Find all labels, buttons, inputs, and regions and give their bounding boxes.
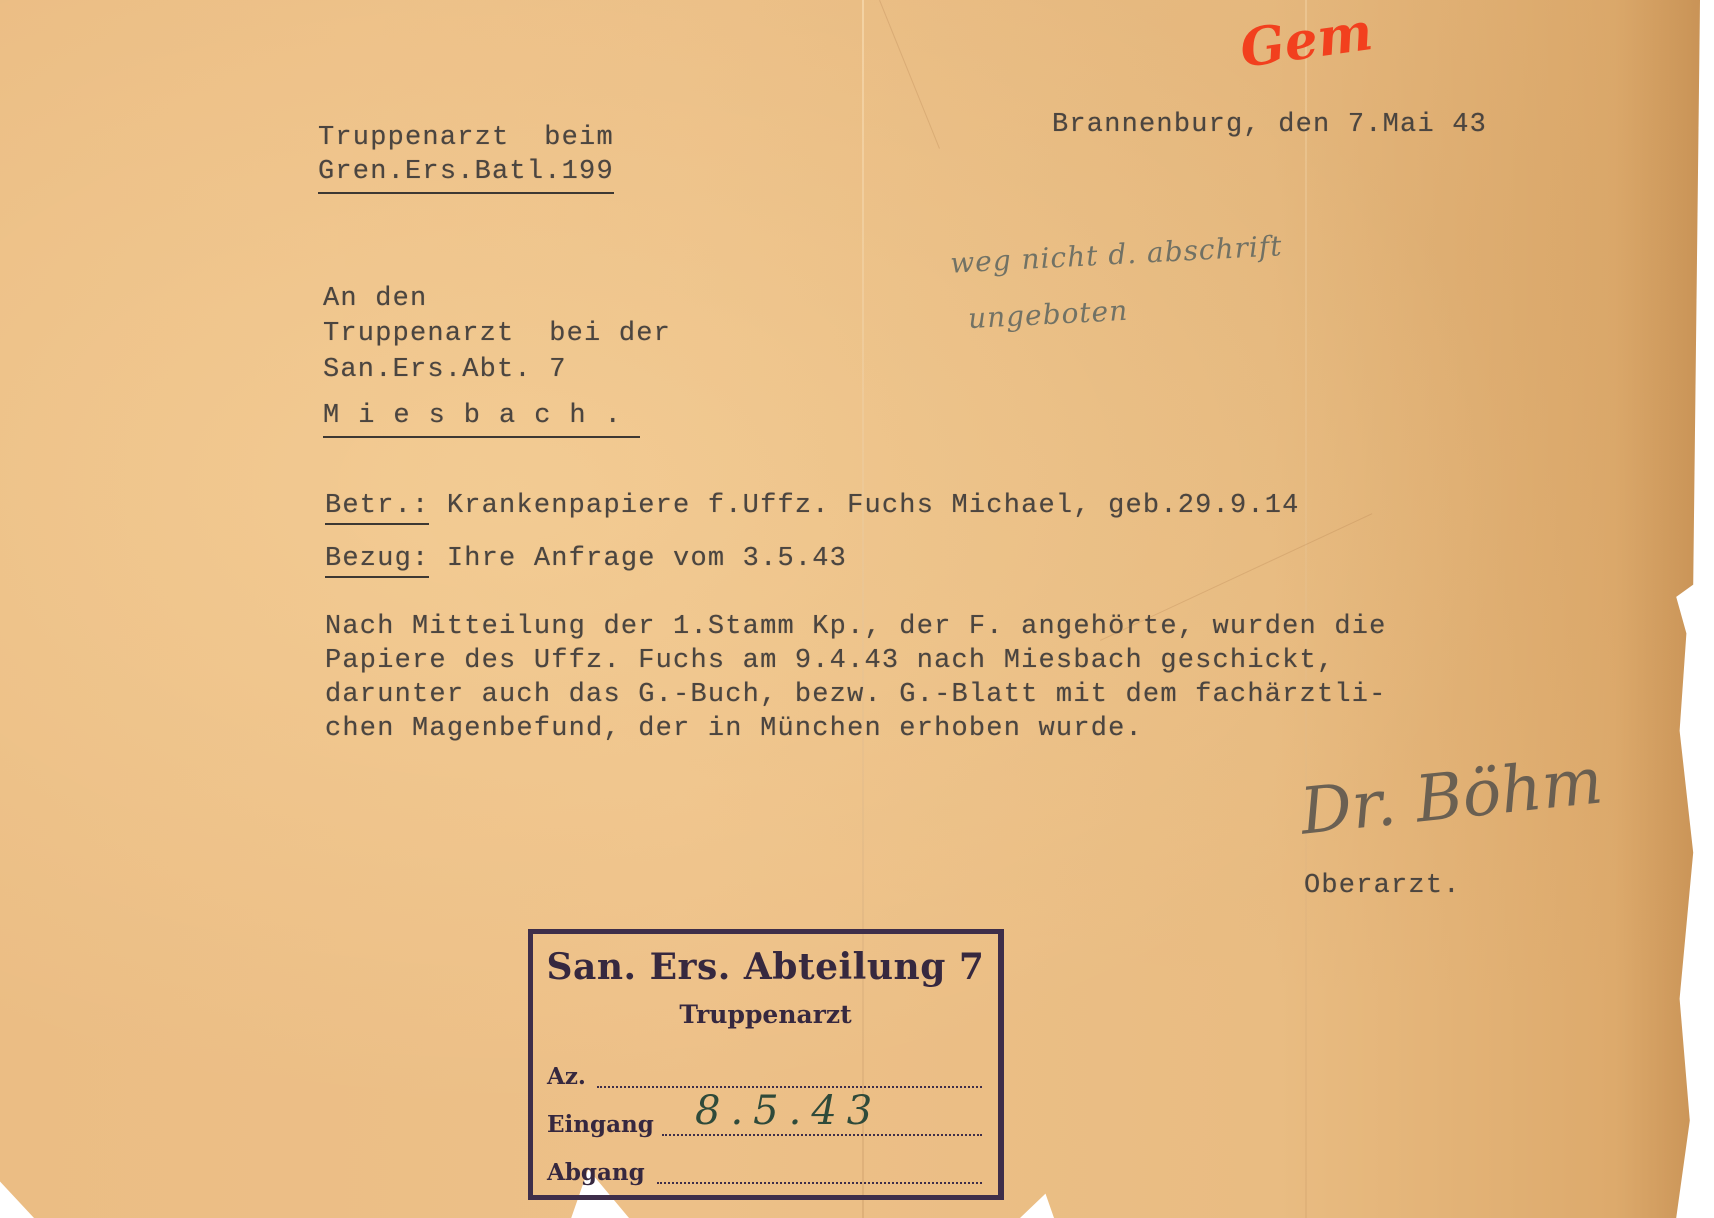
body-line: darunter auch das G.-Buch, bezw. G.-Blat… [325,677,1387,713]
stamp-label-abgang: Abgang [547,1159,645,1186]
reference-line: Bezug: Ihre Anfrage vom 3.5.43 [325,541,847,577]
body-line: Papiere des Uffz. Fuchs am 9.4.43 nach M… [325,643,1334,679]
stamp-dotted-line [662,1134,982,1136]
stamp-value-eingang: 8.5.43 [695,1088,882,1134]
stamp-subtitle: Truppenarzt [533,1000,998,1029]
body-line: Nach Mitteilung der 1.Stamm Kp., der F. … [325,609,1387,645]
subject-text: Krankenpapiere f.Uffz. Fuchs Michael, ge… [429,491,1299,521]
subject-label: Betr.: [325,491,429,525]
stamp-row-abgang: Abgang [547,1148,982,1188]
recipient-line-2: Truppenarzt bei der [323,316,671,352]
recipient-line-3: San.Ers.Abt. 7 [323,352,567,388]
sender-line-2: Gren.Ers.Batl.199 [318,154,614,194]
stamp-dotted-line [657,1182,982,1184]
signature-title: Oberarzt. [1304,868,1461,904]
sender-line-1: Truppenarzt beim [318,120,614,156]
receipt-stamp: San. Ers. Abteilung 7 Truppenarzt Az. Ei… [528,929,1004,1200]
stamp-label-az: Az. [547,1063,586,1090]
recipient-line-1: An den [323,281,427,317]
stamp-title: San. Ers. Abteilung 7 [533,946,998,988]
stamp-row-az: Az. [547,1052,982,1092]
stamp-row-eingang: Eingang 8.5.43 [547,1100,982,1140]
place-date: Brannenburg, den 7.Mai 43 [1052,107,1487,143]
subject-line: Betr.: Krankenpapiere f.Uffz. Fuchs Mich… [325,488,1300,524]
stamp-label-eingang: Eingang [547,1111,654,1138]
reference-text: Ihre Anfrage vom 3.5.43 [429,544,847,574]
body-line: chen Magenbefund, der in München erhoben… [325,711,1143,747]
reference-label: Bezug: [325,544,429,578]
recipient-city: Miesbach. [323,398,640,438]
